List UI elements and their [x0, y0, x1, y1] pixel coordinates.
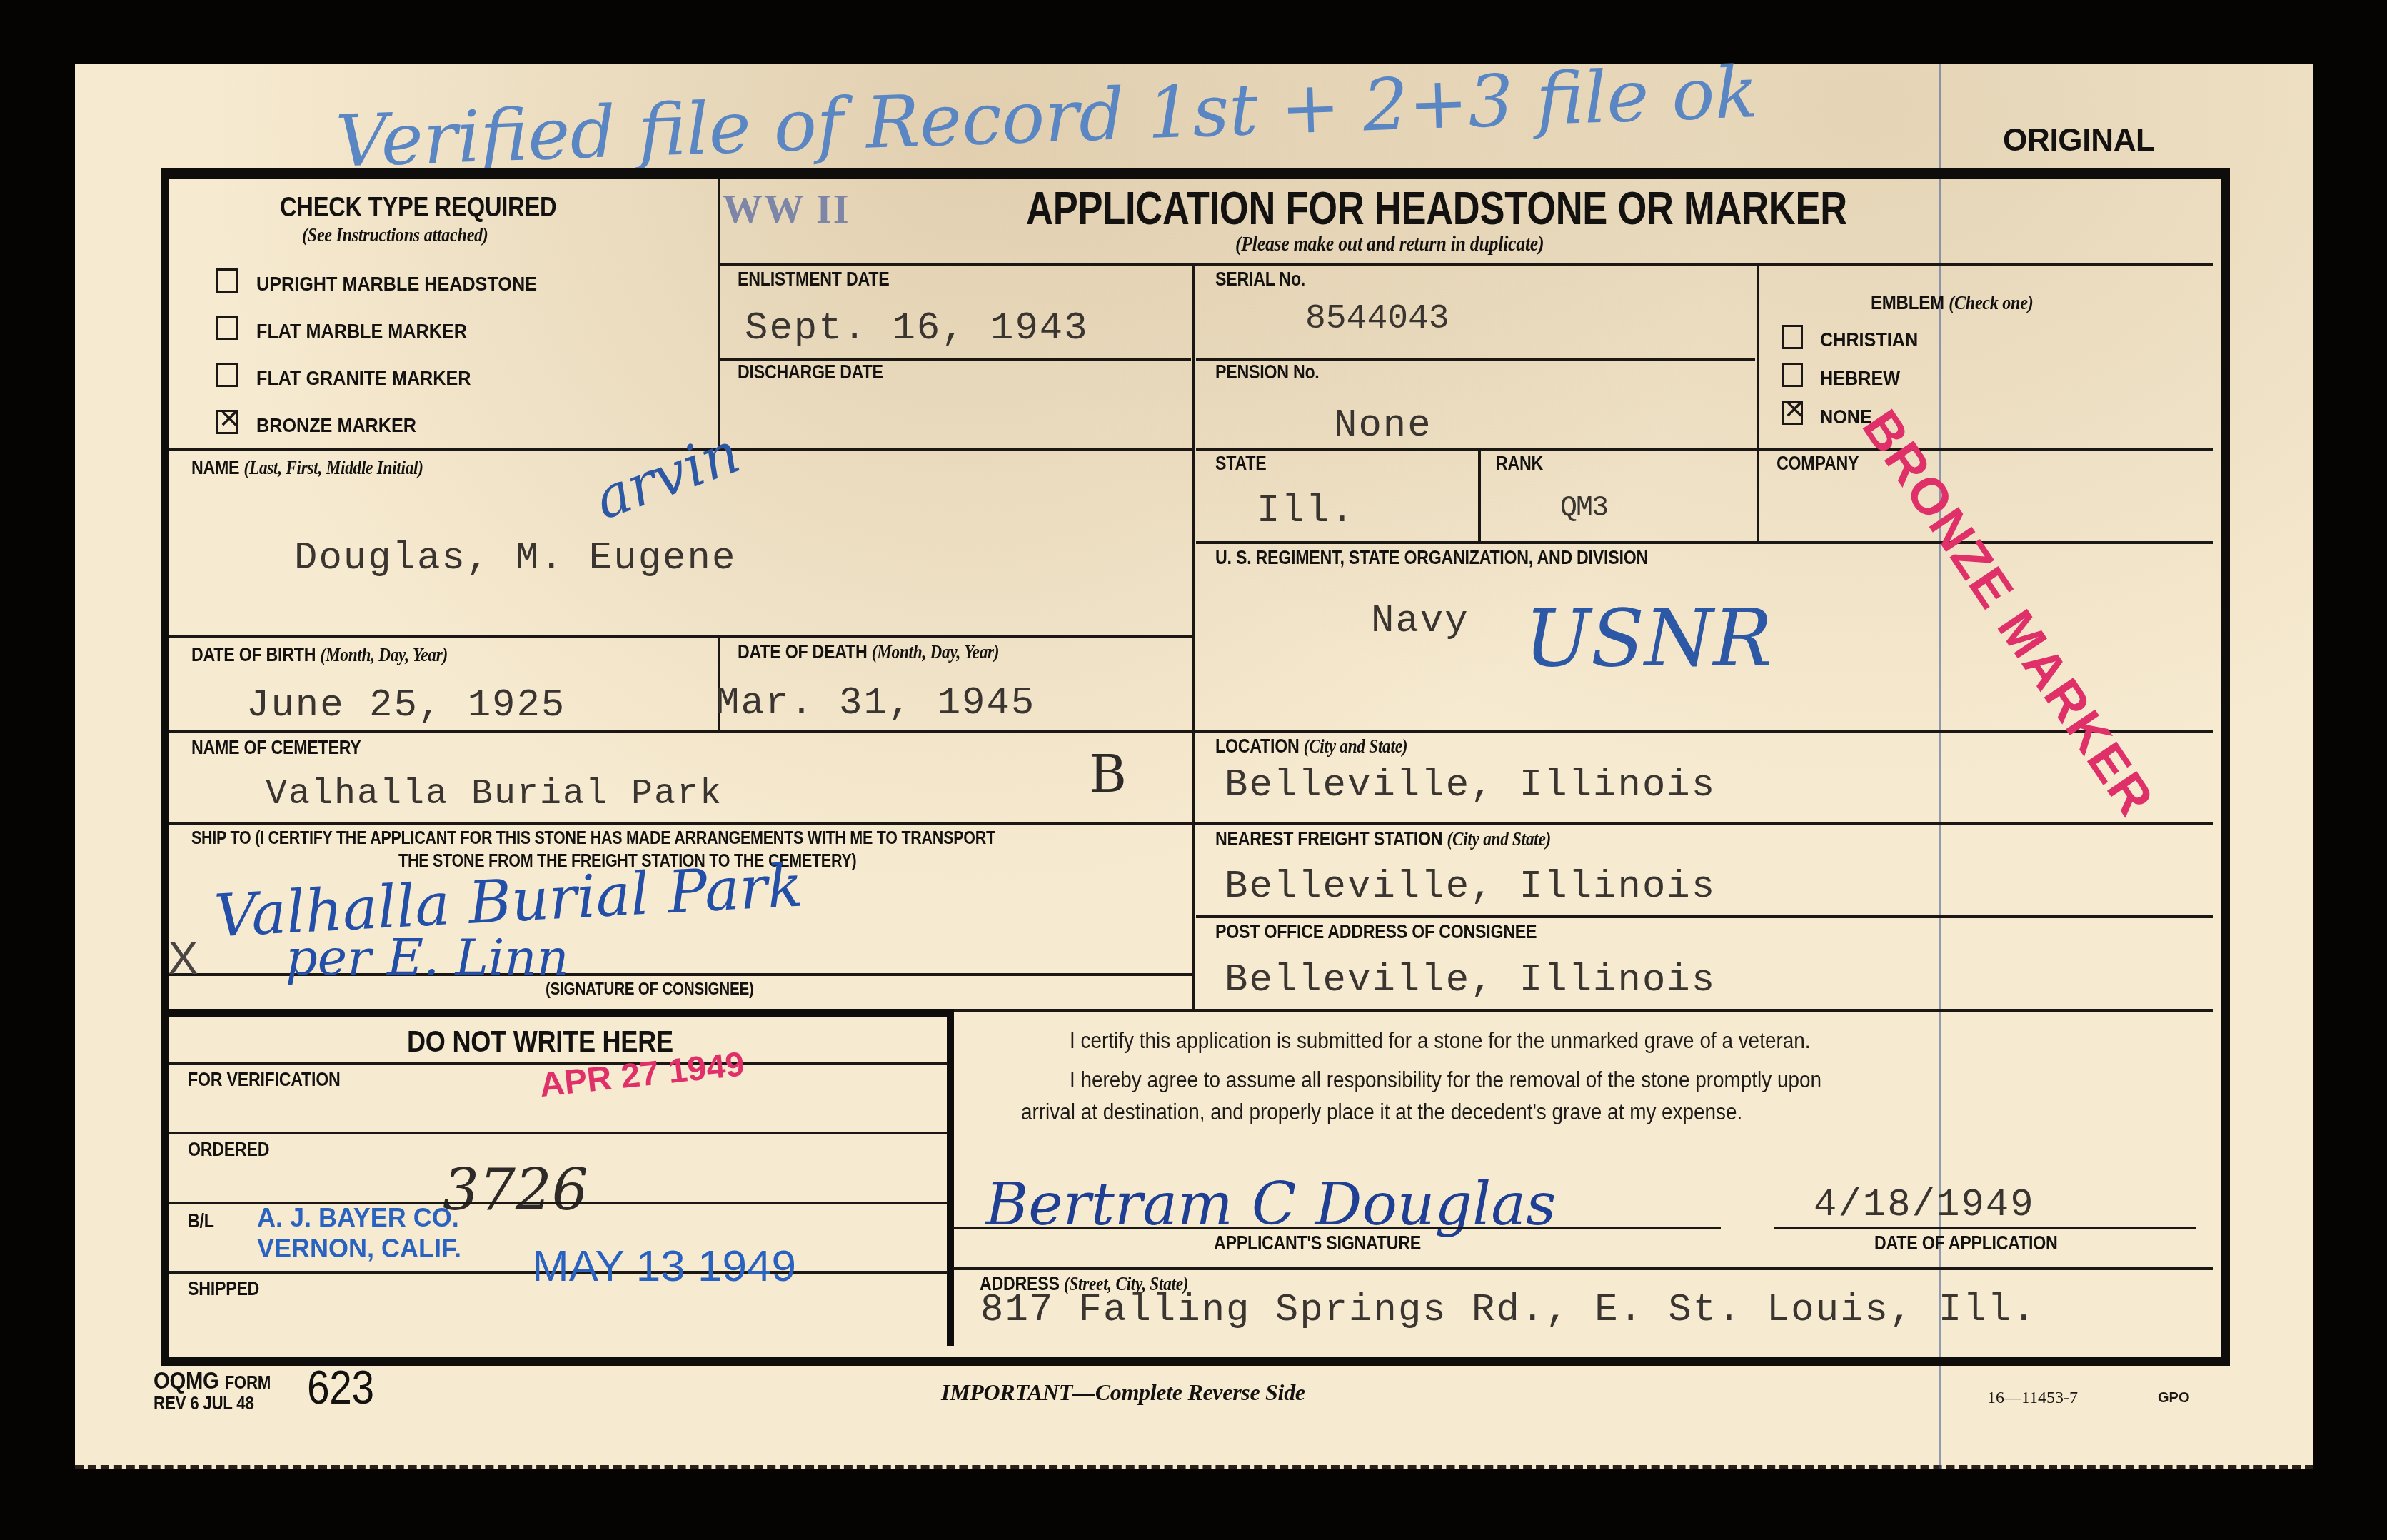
dob-label: DATE OF BIRTH (Month, Day, Year) [191, 644, 448, 666]
war-stamp: WW II [723, 187, 850, 233]
checkbox-emblem-hebrew[interactable] [1782, 363, 1803, 387]
divider [718, 263, 2213, 266]
checkbox-emblem-christian[interactable] [1782, 325, 1803, 349]
option-label: UPRIGHT MARBLE HEADSTONE [256, 273, 537, 296]
rank-label: RANK [1496, 453, 1543, 475]
state-value[interactable]: Ill. [1257, 490, 1355, 533]
divider [1757, 266, 1759, 451]
cemetery-label: NAME OF CEMETERY [191, 737, 361, 759]
divider [718, 179, 720, 446]
shipped-stamp: MAY 13 1949 [532, 1241, 796, 1292]
form-revision: REV 6 JUL 48 [154, 1392, 254, 1414]
ship-to-label: SHIP TO (I CERTIFY THE APPLICANT FOR THI… [191, 828, 995, 849]
option-label: BRONZE MARKER [256, 414, 416, 437]
ship-to-label-text: SHIP TO [191, 828, 251, 848]
ordered-value: 3726 [443, 1157, 588, 1223]
form-prefix-text: OQMG [154, 1367, 219, 1394]
signature-mark: X [168, 932, 199, 985]
freight-label-text: NEAREST FREIGHT STATION [1215, 828, 1442, 850]
address-value[interactable]: 817 Falling Springs Rd., E. St. Louis, I… [980, 1289, 2036, 1332]
cemetery-value[interactable]: Valhalla Burial Park [266, 774, 723, 815]
dod-label: DATE OF DEATH (Month, Day, Year) [738, 641, 999, 663]
emblem-label-text: EMBLEM [1871, 291, 1944, 313]
discharge-date-label: DISCHARGE DATE [738, 361, 883, 383]
office-use-heading: DO NOT WRITE HERE [407, 1025, 673, 1059]
checkbox-flat-marble[interactable] [216, 316, 238, 340]
important-note: IMPORTANT—Complete Reverse Side [941, 1379, 1305, 1406]
divider [951, 1009, 2213, 1012]
divider [169, 730, 2213, 733]
application-date[interactable]: 4/18/1949 [1814, 1184, 2035, 1227]
dob-value[interactable]: June 25, 1925 [246, 684, 566, 728]
post-office-label: POST OFFICE ADDRESS OF CONSIGNEE [1215, 921, 1537, 943]
copy-label: ORIGINAL [2003, 123, 2155, 158]
name-value[interactable]: Douglas, M. Eugene [294, 537, 736, 580]
form-subtitle: (Please make out and return in duplicate… [1235, 232, 1544, 256]
checkbox-emblem-none[interactable] [1782, 401, 1803, 425]
divider [169, 635, 1192, 638]
consignee-signature-caption: (SIGNATURE OF CONSIGNEE) [546, 980, 754, 1000]
enlistment-date-value[interactable]: Sept. 16, 1943 [745, 307, 1089, 351]
divider [1757, 450, 1759, 541]
company-label: COMPANY [1777, 453, 1859, 475]
location-value[interactable]: Belleville, Illinois [1225, 764, 1716, 807]
print-code: 16—11453-7 [1987, 1389, 2078, 1408]
option-label: FLAT GRANITE MARKER [256, 367, 471, 390]
divider [953, 1267, 2213, 1270]
name-label: NAME (Last, First, Middle Initial) [191, 457, 423, 479]
checkbox-bronze-marker[interactable] [216, 410, 238, 434]
divider [1196, 448, 2213, 451]
checkbox-upright-marble[interactable] [216, 268, 238, 293]
divider [169, 1009, 951, 1017]
form-title: APPLICATION FOR HEADSTONE OR MARKER [1026, 182, 1847, 235]
form-prefix: OQMG FORM [154, 1367, 271, 1395]
applicant-signature-caption: APPLICANT'S SIGNATURE [1214, 1232, 1421, 1254]
divider [169, 822, 2213, 825]
name-label-note: (Last, First, Middle Initial) [244, 457, 423, 478]
divider [1196, 915, 2213, 918]
enlistment-date-label: ENLISTMENT DATE [738, 268, 889, 291]
certification-line-3: arrival at destination, and properly pla… [1021, 1099, 1742, 1125]
form-number: 623 [307, 1360, 374, 1414]
dod-label-text: DATE OF DEATH [738, 641, 868, 663]
regiment-value[interactable]: Navy [1371, 600, 1469, 643]
divider [1192, 266, 1195, 1010]
bl-stamp-line2: VERNON, CALIF. [257, 1234, 461, 1264]
checkbox-flat-granite[interactable] [216, 363, 238, 387]
name-label-text: NAME [191, 457, 239, 478]
shipped-label: SHIPPED [188, 1278, 259, 1300]
check-type-note: (See Instructions attached) [302, 224, 488, 247]
form-word: FORM [224, 1372, 271, 1393]
dob-label-text: DATE OF BIRTH [191, 644, 316, 665]
location-label-note: (City and State) [1304, 735, 1408, 757]
certification-line-2: I hereby agree to assume all responsibil… [1070, 1067, 1821, 1093]
option-label: HEBREW [1820, 367, 1900, 390]
divider [1196, 541, 2213, 544]
divider [1478, 450, 1481, 541]
serial-no-label: SERIAL No. [1215, 268, 1305, 291]
signature-line [953, 1227, 1721, 1229]
serial-no-value[interactable]: 8544043 [1305, 300, 1449, 338]
state-label: STATE [1215, 453, 1266, 475]
ship-to-note: (I CERTIFY THE APPLICANT FOR THIS STONE … [255, 828, 995, 848]
date-line [1774, 1227, 2196, 1229]
emblem-label: EMBLEM (Check one) [1871, 291, 2033, 315]
dod-label-note: (Month, Day, Year) [872, 641, 1000, 663]
post-office-value[interactable]: Belleville, Illinois [1225, 959, 1716, 1002]
certification-line-1: I certify this application is submitted … [1070, 1028, 1810, 1054]
location-label-text: LOCATION [1215, 735, 1299, 757]
freight-label-note: (City and State) [1447, 828, 1551, 850]
ship-to-handwritten-2: per E. Linn [286, 928, 569, 987]
pension-no-value[interactable]: None [1334, 404, 1432, 448]
bl-stamp-line1: A. J. BAYER CO. [257, 1203, 459, 1233]
verification-label: FOR VERIFICATION [188, 1069, 340, 1091]
rank-value[interactable]: QM3 [1560, 493, 1607, 525]
printer-mark: GPO [2158, 1390, 2189, 1406]
pension-no-label: PENSION No. [1215, 361, 1320, 383]
check-type-heading: CHECK TYPE REQUIRED [280, 193, 556, 223]
freight-station-value[interactable]: Belleville, Illinois [1225, 865, 1716, 909]
cemetery-annotation: B [1089, 744, 1127, 804]
ordered-label: ORDERED [188, 1139, 269, 1161]
regiment-label: U. S. REGIMENT, STATE ORGANIZATION, AND … [1215, 547, 1648, 569]
divider [947, 1009, 954, 1346]
date-of-application-caption: DATE OF APPLICATION [1874, 1232, 2058, 1254]
perforation-edge [75, 1465, 2313, 1469]
option-label: CHRISTIAN [1820, 328, 1918, 351]
regiment-handwritten: USNR [1524, 593, 1772, 684]
freight-station-label: NEAREST FREIGHT STATION (City and State) [1215, 828, 1551, 850]
divider [169, 1132, 948, 1134]
location-label: LOCATION (City and State) [1215, 735, 1407, 758]
dod-value[interactable]: Mar. 31, 1945 [716, 682, 1035, 725]
option-label: FLAT MARBLE MARKER [256, 320, 467, 343]
dob-label-note: (Month, Day, Year) [320, 644, 448, 665]
bl-label: B/L [188, 1210, 214, 1232]
emblem-note: (Check one) [1949, 292, 2033, 314]
